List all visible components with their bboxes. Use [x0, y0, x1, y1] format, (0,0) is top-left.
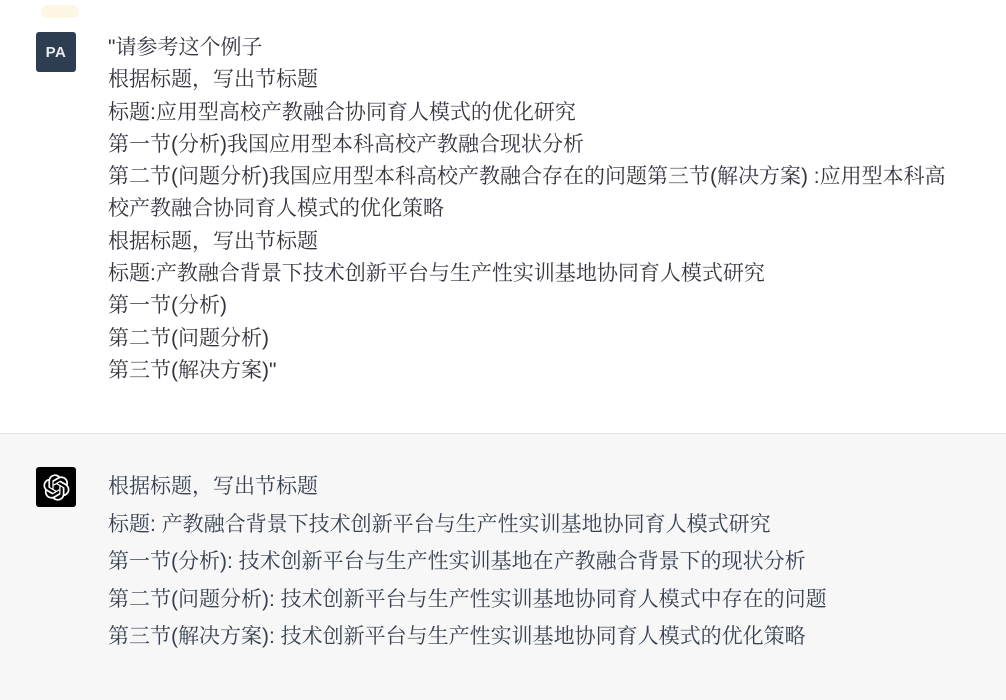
- assistant-message-line: 第三节(解决方案): 技术创新平台与生产性实训基地协同育人模式的优化策略: [108, 623, 978, 651]
- assistant-message-line: 第一节(分析): 技术创新平台与生产性实训基地在产教融合背景下的现状分析: [108, 548, 978, 576]
- user-message-content: "请参考这个例子 根据标题，写出节标题 标题:应用型高校产教融合协同育人模式的优…: [108, 32, 978, 387]
- chatgpt-avatar: [36, 467, 76, 507]
- assistant-message-content: 根据标题，写出节标题 标题: 产教融合背景下技术创新平台与生产性实训基地协同育人…: [108, 467, 978, 661]
- assistant-message-line: 标题: 产教融合背景下技术创新平台与生产性实训基地协同育人模式研究: [108, 511, 978, 539]
- user-avatar-initials: PA: [46, 44, 67, 61]
- assistant-message-line: 根据标题，写出节标题: [108, 473, 978, 501]
- openai-logo-icon: [43, 474, 70, 501]
- user-avatar: PA: [36, 32, 76, 72]
- assistant-message-line: 第二节(问题分析): 技术创新平台与生产性实训基地协同育人模式中存在的问题: [108, 586, 978, 614]
- user-message-line: 校产教融合协同育人模式的优化策略: [108, 193, 978, 225]
- user-message-line: "请参考这个例子: [108, 32, 978, 64]
- user-message-line: 第二节(问题分析)我国应用型本科高校产教融合存在的问题第三节(解决方案) :应用…: [108, 161, 978, 193]
- user-message: PA "请参考这个例子 根据标题，写出节标题 标题:应用型高校产教融合协同育人模…: [0, 0, 1006, 433]
- user-message-line: 标题:产教融合背景下技术创新平台与生产性实训基地协同育人模式研究: [108, 258, 978, 290]
- user-message-line: 第二节(问题分析): [108, 323, 978, 355]
- user-message-line: 根据标题，写出节标题: [108, 226, 978, 258]
- user-message-line: 根据标题，写出节标题: [108, 64, 978, 96]
- user-message-line: 第一节(分析): [108, 290, 978, 322]
- user-message-line: 标题:应用型高校产教融合协同育人模式的优化研究: [108, 97, 978, 129]
- user-message-line: 第三节(解决方案)": [108, 355, 978, 387]
- assistant-message: 根据标题，写出节标题 标题: 产教融合背景下技术创新平台与生产性实训基地协同育人…: [0, 433, 1006, 700]
- highlight-artifact: [41, 5, 79, 18]
- chat-conversation: PA "请参考这个例子 根据标题，写出节标题 标题:应用型高校产教融合协同育人模…: [0, 0, 1006, 700]
- user-message-line: 第一节(分析)我国应用型本科高校产教融合现状分析: [108, 129, 978, 161]
